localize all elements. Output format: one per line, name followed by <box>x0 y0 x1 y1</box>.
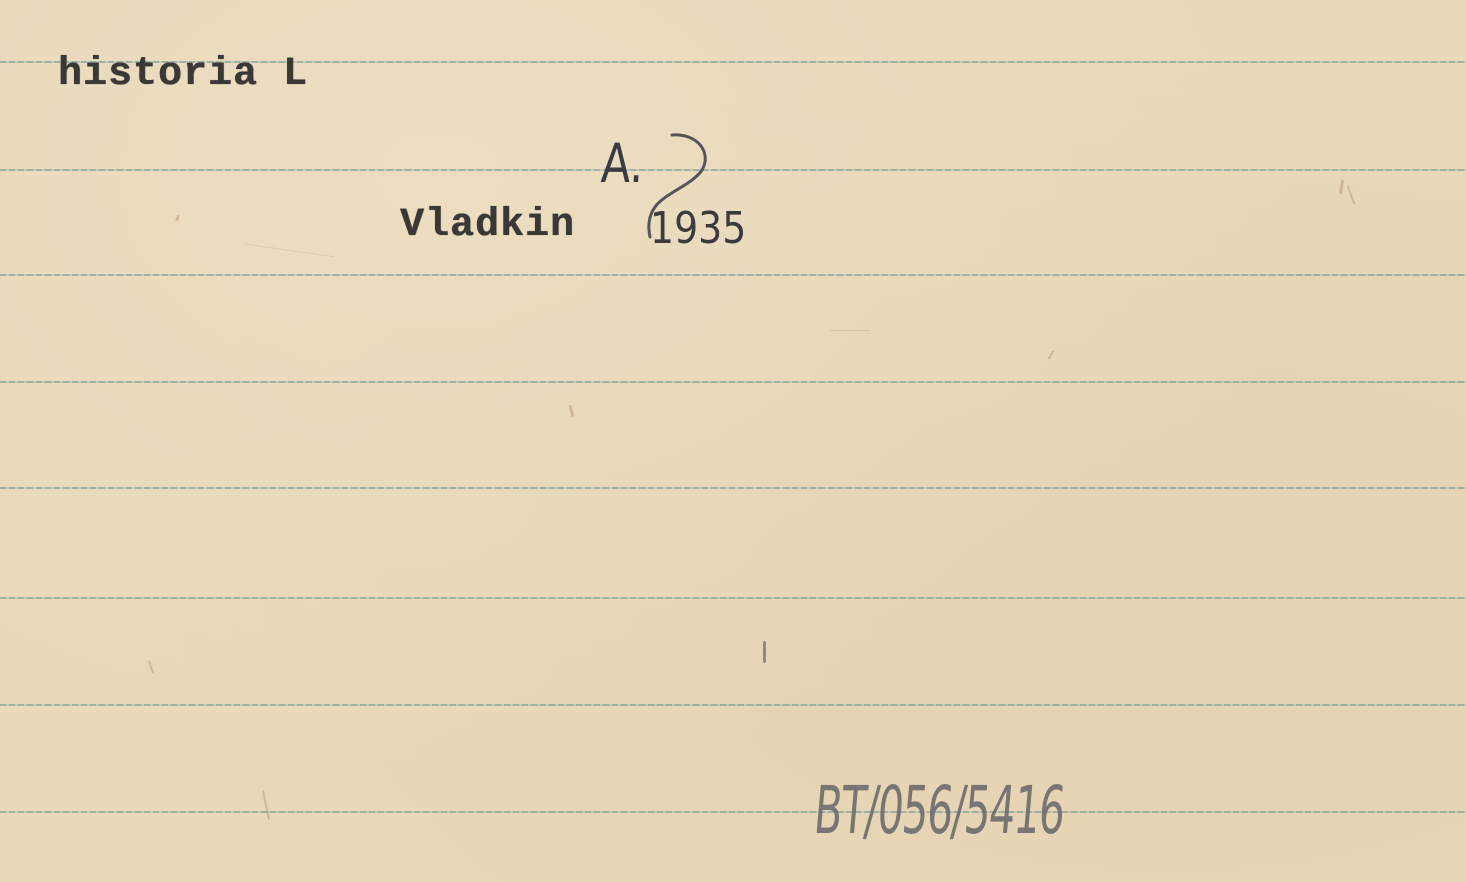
paper-fiber <box>148 660 155 674</box>
paper-fiber <box>1339 180 1344 194</box>
subject-heading: historia L <box>58 52 308 97</box>
ruled-line <box>0 597 1466 599</box>
publication-year: 1935 <box>650 203 746 254</box>
ruled-line <box>0 274 1466 276</box>
paper-fiber <box>1048 350 1055 360</box>
index-card: historia L A. Vladkin 1935 BT/056/5416 <box>0 0 1466 882</box>
ruled-line <box>0 487 1466 489</box>
paper-fiber <box>1347 185 1356 204</box>
paper-fiber <box>830 330 870 331</box>
paper-fiber <box>262 790 270 820</box>
paper-fiber <box>568 405 574 417</box>
stray-pencil-mark <box>763 641 766 663</box>
ruled-line <box>0 704 1466 706</box>
paper-fiber <box>245 244 334 258</box>
author-name: Vladkin <box>400 203 575 248</box>
ruled-line <box>0 811 1466 813</box>
call-number: BT/056/5416 <box>811 772 1067 849</box>
paper-fiber <box>175 215 180 222</box>
ruled-line <box>0 169 1466 171</box>
ruled-line <box>0 381 1466 383</box>
